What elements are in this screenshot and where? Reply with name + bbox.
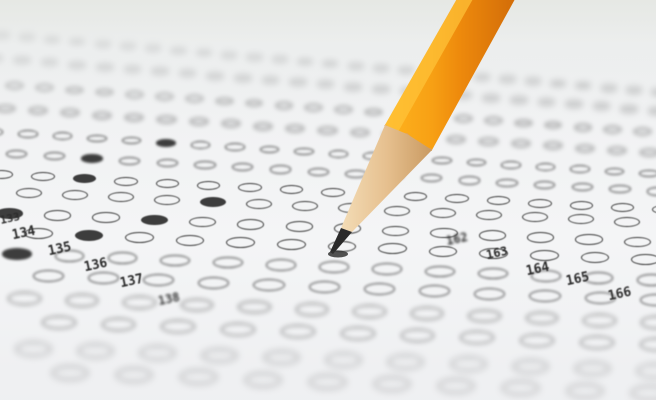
pencil-illustration bbox=[0, 0, 656, 400]
answer-sheet-photo: 133134135136137138162163164165166 bbox=[0, 0, 656, 400]
